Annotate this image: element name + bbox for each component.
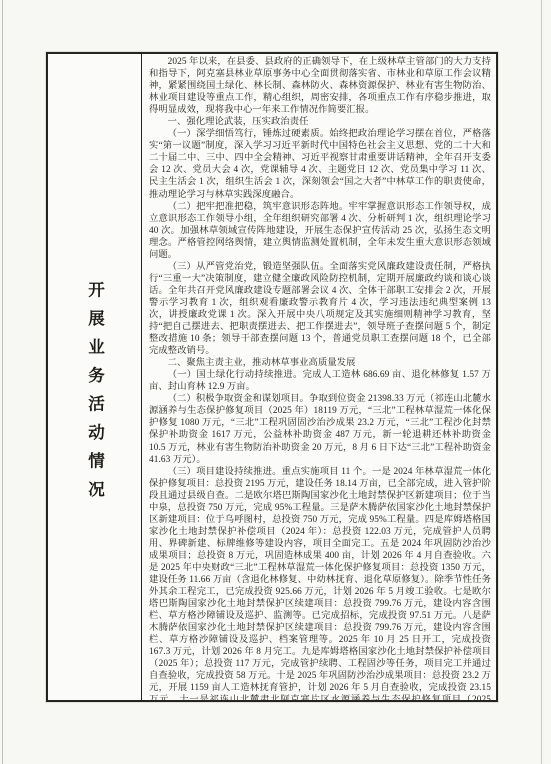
report-content-cell: 2025 年以来，在县委、县政府的正确领导下，在上级林草主管部门的大力支持和指导… xyxy=(142,54,496,700)
section-1-item-3: （三）从严管党治党，锻造坚强队伍。全面落实党风廉政建设责任制，严格执行“三重一大… xyxy=(149,261,491,357)
section-2-item-2: （二）积极争取资金和谋划项目。争取到位资金 21398.33 万元（祁连山北麓水… xyxy=(149,393,491,465)
section-1-item-2: （二）把牢把准把稳，筑牢意识形态阵地。牢牢掌握意识形态工作领导权，成立意识形态工… xyxy=(149,201,491,261)
row-label-cell: 开展业务活动情况 xyxy=(48,54,142,700)
section-1-item-1: （一）深学细悟笃行，锤炼过硬素质。始终把政治理论学习摆在首位，严格落实“第一议题… xyxy=(149,128,491,200)
intro-paragraph: 2025 年以来，在县委、县政府的正确领导下，在上级林草主管部门的大力支持和指导… xyxy=(149,56,491,116)
scanned-document-page: 开展业务活动情况 2025 年以来，在县委、县政府的正确领导下，在上级林草主管部… xyxy=(0,0,551,764)
scan-edge-right-line xyxy=(541,0,542,764)
section-2-item-1: （一）国土绿化行动持续推进。完成人工造林 686.69 亩、退化林修复 1.57… xyxy=(149,369,491,393)
section-1-heading: 一、强化理论武装，压实政治责任 xyxy=(149,116,491,128)
scan-edge-left-line xyxy=(2,0,3,764)
report-table: 开展业务活动情况 2025 年以来，在县委、县政府的正确领导下，在上级林草主管部… xyxy=(46,52,498,702)
row-label: 开展业务活动情况 xyxy=(83,281,107,509)
section-2-item-3: （三）项目建设持续推进。重点实施项目 11 个。一是 2024 年林草湿荒一体化… xyxy=(149,466,491,700)
section-2-heading: 二、聚焦主责主业，推动林草事业高质量发展 xyxy=(149,357,491,369)
